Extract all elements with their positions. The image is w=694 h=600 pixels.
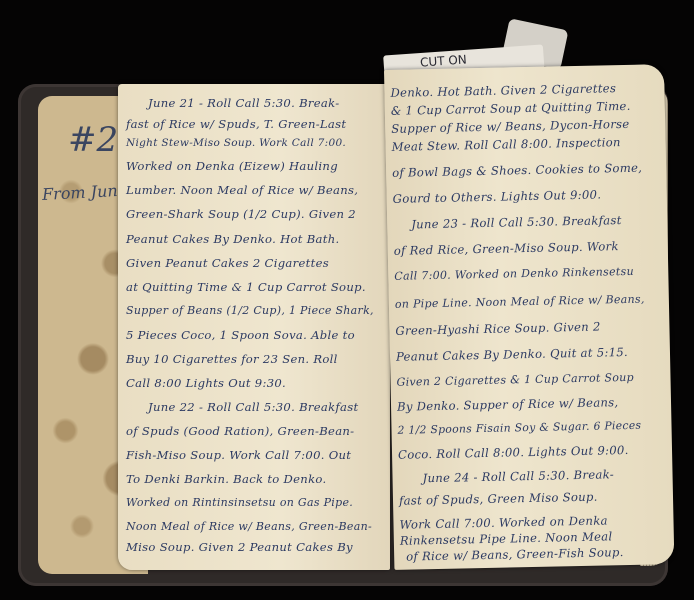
diary-line: Green-Shark Soup (1/2 Cup). Given 2 <box>126 207 356 221</box>
right-page: Denko. Hot Bath. Given 2 Cigarettes & 1 … <box>384 64 674 570</box>
diary-line: By Denko. Supper of Rice w/ Beans, <box>397 395 619 414</box>
diary-line: Noon Meal of Rice w/ Beans, Green-Bean- <box>126 520 372 533</box>
diary-line: To Denki Barkin. Back to Denko. <box>126 472 326 486</box>
diary-line: Peanut Cakes By Denko. Quit at 5:15. <box>396 345 628 364</box>
diary-line: Green-Hyashi Rice Soup. Given 2 <box>395 320 600 338</box>
diary-line: Supper of Rice w/ Beans, Dycon-Horse <box>391 117 630 136</box>
diary-line: of Bowl Bags & Shoes. Cookies to Some, <box>392 161 642 180</box>
diary-line: 2 1/2 Spoons Fisain Soy & Sugar. 6 Piece… <box>397 419 641 437</box>
diary-line: Worked on Rintinsinsetsu on Gas Pipe. <box>126 496 353 509</box>
diary-line: fast of Spuds, Green Miso Soup. <box>399 490 598 508</box>
diary-line: of Spuds (Good Ration), Green-Bean- <box>126 424 354 438</box>
diary-line: Fish-Miso Soup. Work Call 7:00. Out <box>126 448 351 462</box>
diary-line: on Pipe Line. Noon Meal of Rice w/ Beans… <box>395 293 645 311</box>
diary-line: Miso Soup. Given 2 Peanut Cakes By <box>126 540 353 554</box>
diary-line: Given 2 Cigarettes & 1 Cup Carrot Soup <box>396 371 634 389</box>
diary-line: June 21 - Roll Call 5:30. Break- <box>148 96 339 110</box>
diary-line: June 22 - Roll Call 5:30. Breakfast <box>148 400 358 414</box>
diary-line: & 1 Cup Carrot Soup at Quitting Time. <box>391 99 631 118</box>
diary-line: fast of Rice w/ Spuds, T. Green-Last <box>126 117 346 131</box>
diary-line: Worked on Denka (Eizew) Hauling <box>126 159 338 173</box>
diary-line: at Quitting Time & 1 Cup Carrot Soup. <box>126 280 366 294</box>
diary-line: of Rice w/ Beans, Green-Fish Soup. <box>406 545 624 564</box>
diary-line: Work Call 7:00. Worked on Denka <box>399 513 608 531</box>
diary-line: June 24 - Roll Call 5:30. Break- <box>422 467 614 485</box>
diary-line: Meat Stew. Roll Call 8:00. Inspection <box>391 135 620 154</box>
diary-line: Supper of Beans (1/2 Cup), 1 Piece Shark… <box>126 304 374 317</box>
diary-line: Night Stew-Miso Soup. Work Call 7:00. <box>126 137 346 149</box>
diary-line: Peanut Cakes By Denko. Hot Bath. <box>126 232 339 246</box>
diary-line: of Red Rice, Green-Miso Soup. Work <box>394 239 619 258</box>
diary-line: June 23 - Roll Call 5:30. Breakfast <box>411 213 622 231</box>
right-page-text: Denko. Hot Bath. Given 2 Cigarettes & 1 … <box>384 64 674 570</box>
left-page: June 21 - Roll Call 5:30. Break- fast of… <box>118 84 390 570</box>
diary-line: 5 Pieces Coco, 1 Spoon Sova. Able to <box>126 328 355 342</box>
diary-line: Given Peanut Cakes 2 Cigarettes <box>126 256 329 270</box>
diary-line: Gourd to Others. Lights Out 9:00. <box>393 187 602 205</box>
diary-line: Call 7:00. Worked on Denko Rinkensetsu <box>394 265 634 283</box>
diary-line: Denko. Hot Bath. Given 2 Cigarettes <box>390 81 616 100</box>
cover-number-note: #2 <box>68 120 118 160</box>
diary-line: Call 8:00 Lights Out 9:30. <box>126 376 286 390</box>
diary-line: Buy 10 Cigarettes for 23 Sen. Roll <box>126 352 338 366</box>
diary-line: Coco. Roll Call 8:00. Lights Out 9:00. <box>398 443 629 462</box>
left-page-text: June 21 - Roll Call 5:30. Break- fast of… <box>118 84 390 570</box>
cover-from-note: From Jun <box>42 181 119 204</box>
diary-line: Lumber. Noon Meal of Rice w/ Beans, <box>126 183 358 197</box>
